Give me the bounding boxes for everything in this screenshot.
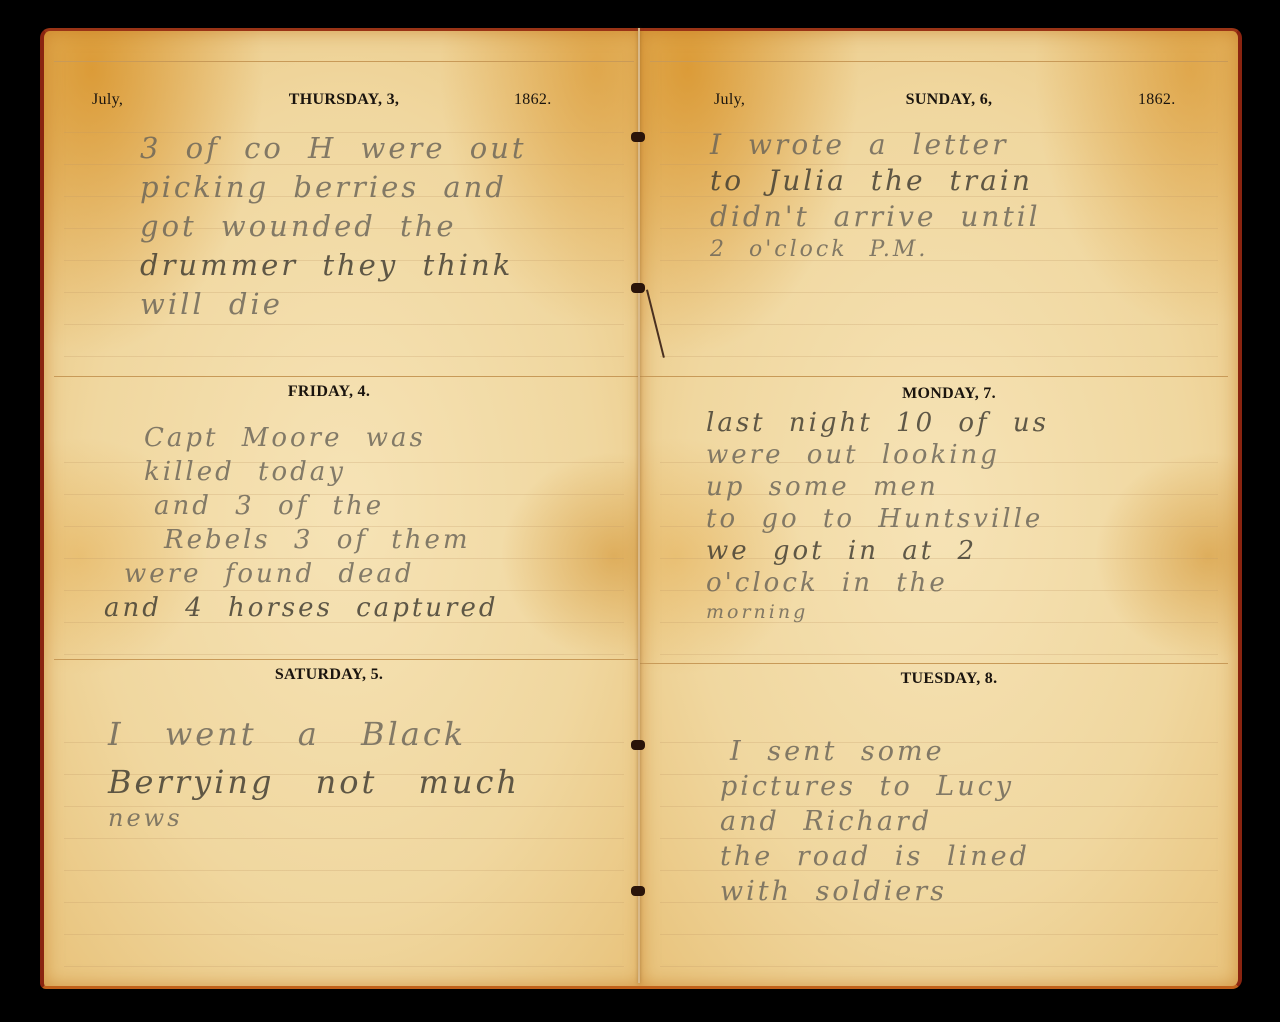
year-label: 1862. — [514, 91, 552, 109]
entry-header: July, THURSDAY, 3, 1862. — [44, 87, 644, 111]
entry-line: o'clock in the — [706, 567, 1198, 599]
left-page: July, THURSDAY, 3, 1862. 3 of co H were … — [40, 28, 644, 989]
entry-line: killed today — [104, 455, 604, 489]
handwritten-entry: I sent some pictures to Lucy and Richard… — [720, 734, 1198, 909]
day-label: SATURDAY, 5. — [14, 666, 644, 684]
binding-stitch — [631, 886, 645, 896]
entry-line: Rebels 3 of them — [104, 523, 604, 557]
diary-entry-tuesday: TUESDAY, 8. I sent some pictures to Lucy… — [640, 666, 1238, 966]
entry-line: will die — [140, 285, 604, 324]
entry-line: news — [108, 806, 604, 830]
entry-line: 3 of co H were out — [140, 129, 604, 168]
entry-line: didn't arrive until — [710, 199, 1198, 235]
entry-line: up some men — [706, 471, 1198, 503]
day-label: FRIDAY, 4. — [14, 383, 644, 401]
entry-line: I wrote a letter — [710, 127, 1198, 163]
binding-gutter — [638, 28, 640, 983]
entry-header: SATURDAY, 5. — [44, 662, 644, 686]
entry-line: and 3 of the — [104, 489, 604, 523]
diary-entry-friday: FRIDAY, 4. Capt Moore was killed today a… — [44, 379, 644, 659]
right-page: July, SUNDAY, 6, 1862. I wrote a letter … — [640, 28, 1242, 989]
entry-header: FRIDAY, 4. — [44, 379, 644, 403]
section-divider — [640, 663, 1228, 664]
day-label: TUESDAY, 8. — [660, 670, 1238, 688]
day-label: MONDAY, 7. — [660, 385, 1238, 403]
handwritten-entry: I wrote a letter to Julia the train didn… — [710, 127, 1198, 265]
entry-line: and 4 horses captured — [104, 591, 604, 625]
entry-line: with soldiers — [720, 874, 1198, 909]
diary-entry-thursday: July, THURSDAY, 3, 1862. 3 of co H were … — [44, 87, 644, 377]
section-divider — [54, 659, 644, 660]
handwritten-entry: I went a Black Berrying not much news — [108, 710, 604, 830]
section-divider — [640, 376, 1228, 377]
diary-entry-monday: MONDAY, 7. last night 10 of us were out … — [640, 381, 1238, 661]
open-diary: July, THURSDAY, 3, 1862. 3 of co H were … — [34, 28, 1242, 988]
entry-line: I sent some — [720, 734, 1198, 769]
binding-stitch — [631, 132, 645, 142]
entry-line: got wounded the — [140, 207, 604, 246]
section-divider — [54, 376, 644, 377]
entry-header: July, SUNDAY, 6, 1862. — [640, 87, 1238, 111]
entry-header: MONDAY, 7. — [640, 381, 1238, 405]
handwritten-entry: 3 of co H were out picking berries and g… — [140, 129, 604, 324]
binding-stitch — [631, 283, 645, 293]
entry-line: 2 o'clock P.M. — [710, 235, 1198, 265]
entry-line: the road is lined — [720, 839, 1198, 874]
binding-stitch — [631, 740, 645, 750]
entry-line: last night 10 of us — [706, 407, 1198, 439]
entry-line: drummer they think — [140, 246, 604, 285]
handwritten-entry: Capt Moore was killed today and 3 of the… — [104, 421, 604, 625]
entry-header: TUESDAY, 8. — [640, 666, 1238, 690]
entry-line: picking berries and — [140, 168, 604, 207]
entry-line: morning — [706, 599, 1198, 625]
entry-line: we got in at 2 — [706, 535, 1198, 567]
entry-line: pictures to Lucy — [720, 769, 1198, 804]
entry-line: I went a Black — [108, 710, 604, 758]
entry-line: were found dead — [104, 557, 604, 591]
handwritten-entry: last night 10 of us were out looking up … — [706, 407, 1198, 625]
diary-entry-sunday: July, SUNDAY, 6, 1862. I wrote a letter … — [640, 87, 1238, 377]
header-rule — [650, 61, 1228, 62]
entry-line: Capt Moore was — [104, 421, 604, 455]
entry-line: to go to Huntsville — [706, 503, 1198, 535]
diary-entry-saturday: SATURDAY, 5. I went a Black Berrying not… — [44, 662, 644, 962]
entry-line: to Julia the train — [710, 163, 1198, 199]
year-label: 1862. — [1138, 91, 1176, 109]
day-label: THURSDAY, 3, — [44, 91, 644, 109]
entry-line: were out looking — [706, 439, 1198, 471]
entry-line: Berrying not much — [108, 758, 604, 806]
entry-line: and Richard — [720, 804, 1198, 839]
header-rule — [54, 61, 634, 62]
